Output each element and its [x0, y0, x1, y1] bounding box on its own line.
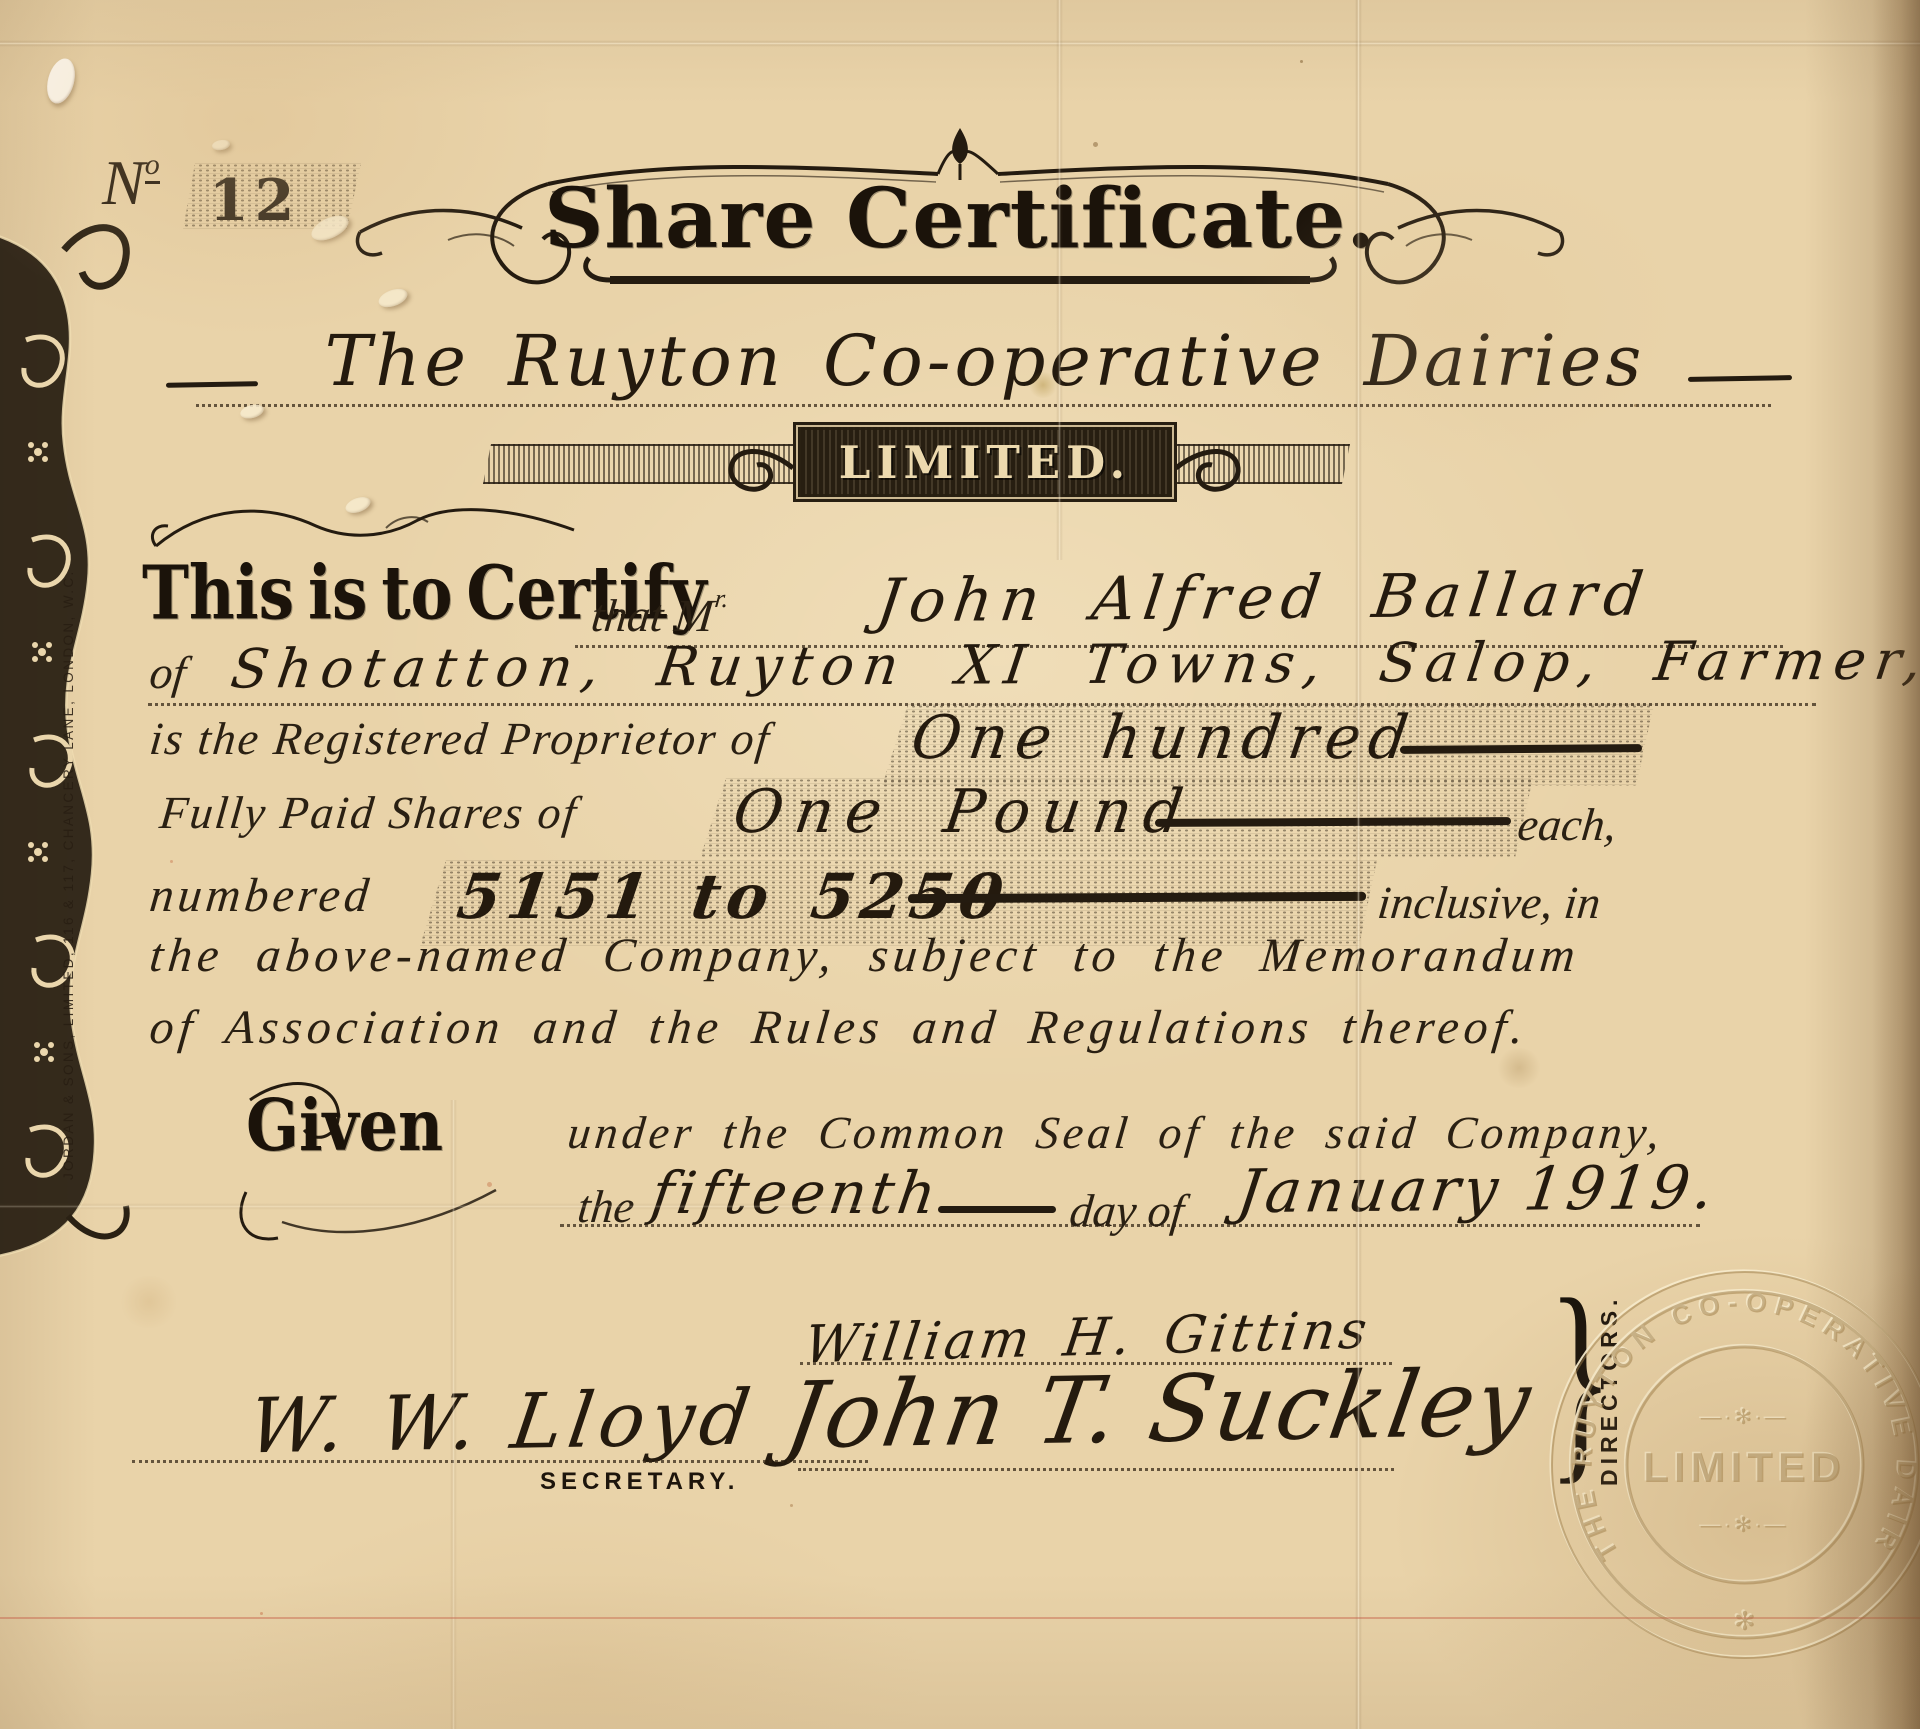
paper-crease-vertical-2 — [1355, 0, 1362, 1729]
paper-corner-shade — [1700, 1229, 1920, 1729]
paper-crease-middle — [0, 1203, 900, 1210]
limited-banner-curl-right — [1172, 438, 1246, 500]
paper-dent — [211, 139, 230, 152]
date-day-written: fifteenth — [648, 1164, 944, 1222]
certificate-number: 12 — [209, 167, 300, 234]
screenshot: JORDAN & SONS, LIMITED, 116 & 117, CHANC… — [0, 0, 1920, 1729]
ruled-line-secretary — [132, 1460, 868, 1463]
holder-details: Shotatton, Ruyton XI Towns, Salop, Farme… — [228, 634, 1920, 697]
certify-of: of — [148, 650, 189, 696]
date-day-of: day of — [1068, 1188, 1187, 1234]
shares-count: One hundred — [908, 708, 1420, 768]
holder-name: John Alfred Ballard — [874, 565, 1655, 632]
ruled-line-date — [560, 1224, 1700, 1227]
that-text: that M — [589, 590, 716, 641]
body-line-6: the above-named Company, subject to the … — [147, 932, 1582, 980]
paper-speckles — [0, 0, 3, 3]
company-dash-left — [166, 381, 258, 388]
inclusive-text: inclusive, in — [1376, 880, 1603, 926]
director2-signature: John T. Suckley — [780, 1358, 1539, 1463]
each-text: each, — [1516, 802, 1619, 848]
company-name: The Ruyton Co-operative Dairies — [300, 326, 1670, 396]
no-superscript: o — [145, 148, 160, 184]
share-certificate-document: JORDAN & SONS, LIMITED, 116 & 117, CHANC… — [0, 0, 1920, 1729]
certificate-number-label: No — [102, 150, 160, 215]
given-clause: under the Common Seal of the said Compan… — [566, 1110, 1666, 1156]
secretary-signature: W. W. Lloyd — [244, 1380, 760, 1465]
shares-count-dash — [1400, 744, 1642, 754]
body-line-7: of Association and the Rules and Regulat… — [147, 1004, 1530, 1052]
paper-crease-vertical-3 — [450, 1100, 457, 1729]
mr-superscript: r. — [713, 584, 730, 613]
document-title: Share Certificate. — [480, 178, 1440, 260]
paper-tear — [42, 55, 79, 106]
paper-stain — [118, 1276, 180, 1328]
paper-crease-vertical-1 — [1056, 0, 1063, 560]
company-name-ruled-line — [196, 404, 1771, 407]
paper-stain — [1496, 1048, 1542, 1088]
limited-banner-curl-left — [723, 438, 797, 500]
limited-banner: LIMITED. — [793, 422, 1177, 502]
fully-paid-text: Fully Paid Shares of — [158, 790, 581, 836]
paper-red-line — [0, 1617, 1920, 1619]
printer-imprint: JORDAN & SONS, LIMITED, 116 & 117, CHANC… — [62, 430, 104, 1320]
limited-banner-text: LIMITED. — [839, 436, 1131, 489]
numbered-text: numbered — [147, 872, 374, 920]
company-dash-right — [1688, 375, 1792, 382]
no-letter: N — [102, 147, 145, 218]
share-value: One Pound — [730, 782, 1199, 842]
certify-that: that Mr. — [589, 586, 730, 639]
secretary-label: SECRETARY. — [540, 1468, 739, 1496]
ruled-line-director2 — [798, 1468, 1394, 1471]
date-written: January 1919. — [1234, 1158, 1721, 1222]
paper-crease-top — [0, 40, 1920, 47]
given-word: Given — [246, 1090, 443, 1161]
paper-stain — [1028, 372, 1058, 398]
date-dash — [938, 1206, 1056, 1213]
proprietor-text: is the Registered Proprietor of — [148, 716, 774, 762]
